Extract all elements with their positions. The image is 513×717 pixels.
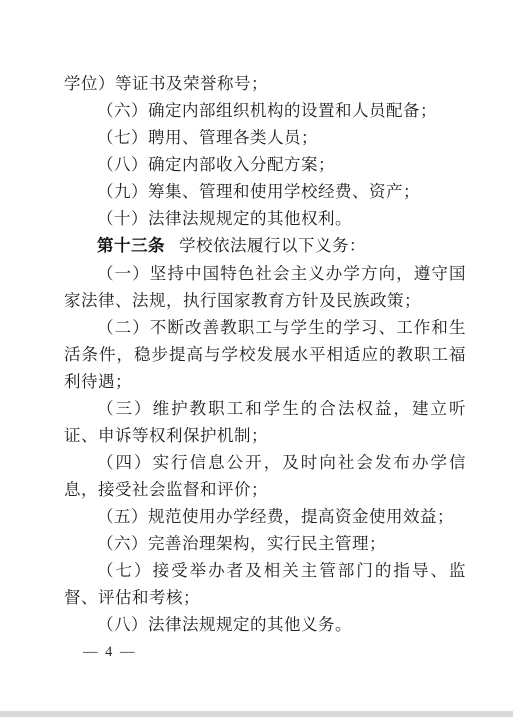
paragraph: （十）法律法规规定的其他权利。 (64, 205, 466, 232)
paragraph: （七）聘用、管理各类人员； (64, 124, 466, 151)
paragraph: （八）确定内部收入分配方案； (64, 151, 466, 178)
document-page: 学位）等证书及荣誉称号；（六）确定内部组织机构的设置和人员配备；（七）聘用、管理… (0, 0, 513, 717)
paragraph: （四）实行信息公开，及时向社会发布办学信息，接受社会监督和评价； (64, 449, 466, 503)
scan-edge-strip (0, 711, 513, 717)
article-number: 第十三条 (97, 237, 165, 255)
paragraph: （九）筹集、管理和使用学校经费、资产； (64, 178, 466, 205)
paragraph: （二）不断改善教职工与学生的学习、工作和生活条件，稳步提高与学校发展水平相适应的… (64, 314, 466, 395)
paragraph: （六）确定内部组织机构的设置和人员配备； (64, 97, 466, 124)
paragraph: 第十三条学校依法履行以下义务： (64, 232, 466, 260)
paragraph: （六）完善治理架构，实行民主管理； (64, 530, 466, 557)
paragraph: （一）坚持中国特色社会主义办学方向，遵守国家法律、法规，执行国家教育方针及民族政… (64, 260, 466, 314)
paragraph: （五）规范使用办学经费，提高资金使用效益； (64, 503, 466, 530)
document-body: 学位）等证书及荣誉称号；（六）确定内部组织机构的设置和人员配备；（七）聘用、管理… (64, 70, 466, 638)
paragraph: （八）法律法规规定的其他义务。 (64, 611, 466, 638)
page-number: — 4 — (83, 643, 137, 661)
paragraph: （七）接受举办者及相关主管部门的指导、监督、评估和考核； (64, 557, 466, 611)
paragraph: 学位）等证书及荣誉称号； (64, 70, 466, 97)
paragraph: （三）维护教职工和学生的合法权益，建立听证、申诉等权利保护机制； (64, 395, 466, 449)
